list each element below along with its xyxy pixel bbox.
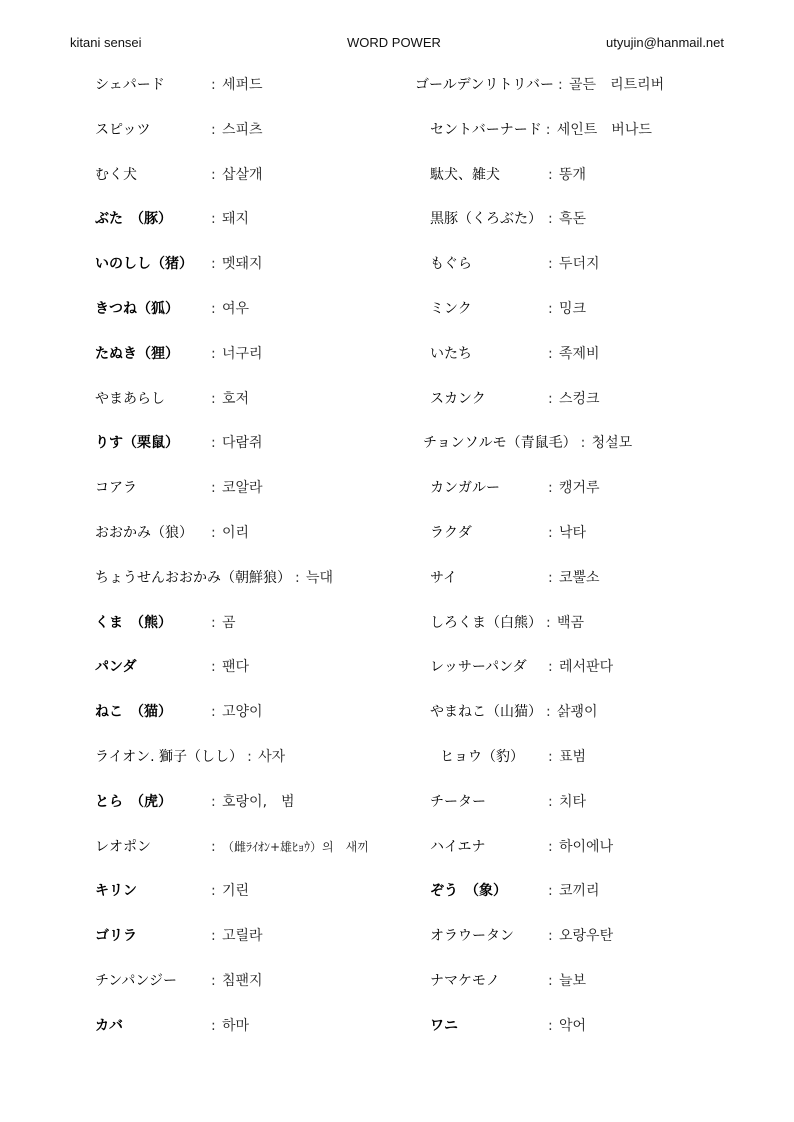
separator-colon: : xyxy=(548,343,553,365)
korean-meaning: 흑돈 xyxy=(559,208,586,230)
separator-colon: : xyxy=(548,253,553,275)
japanese-term: ぞう （象） xyxy=(430,880,507,902)
separator-colon: : xyxy=(211,522,216,544)
japanese-term: 駄犬、雑犬 xyxy=(430,164,500,186)
japanese-term: ゴールデンリトリバー xyxy=(415,74,554,96)
separator-colon: : xyxy=(548,1015,553,1037)
separator-colon: : xyxy=(211,432,216,454)
japanese-term: レオポン xyxy=(95,836,151,858)
japanese-term: セントバーナード xyxy=(430,119,542,141)
korean-meaning: 하마 xyxy=(222,1015,249,1037)
separator-colon: : xyxy=(548,970,553,992)
japanese-term: スピッツ xyxy=(95,119,150,141)
korean-meaning: 코뿔소 xyxy=(559,567,600,589)
korean-meaning: 낙타 xyxy=(559,522,586,544)
japanese-term: ライオン. 獅子（しし） xyxy=(95,746,243,768)
japanese-term: コアラ xyxy=(95,477,137,499)
separator-colon: : xyxy=(546,119,551,141)
japanese-term: ゴリラ xyxy=(95,925,137,947)
korean-meaning: 청설모 xyxy=(592,432,633,454)
separator-colon: : xyxy=(211,970,216,992)
separator-colon: : xyxy=(211,253,216,275)
separator-colon: : xyxy=(548,522,553,544)
separator-colon: : xyxy=(211,791,216,813)
japanese-term: チーター xyxy=(430,791,486,813)
separator-colon: : xyxy=(211,656,216,678)
separator-colon: : xyxy=(546,701,551,723)
email-label: utyujin@hanmail.net xyxy=(606,35,724,50)
japanese-term: オラウータン xyxy=(430,925,514,947)
japanese-term: たぬき（狸） xyxy=(95,343,179,365)
document-title: WORD POWER xyxy=(347,35,441,50)
japanese-term: ミンク xyxy=(430,298,472,320)
separator-colon: : xyxy=(548,477,553,499)
separator-colon: : xyxy=(581,432,586,454)
japanese-term: やまねこ（山猫） xyxy=(430,701,542,723)
japanese-term: いたち xyxy=(430,343,472,365)
separator-colon: : xyxy=(211,925,216,947)
japanese-term: むく犬 xyxy=(95,164,137,186)
korean-meaning: 여우 xyxy=(222,298,249,320)
japanese-term: もぐら xyxy=(430,253,472,275)
japanese-term: とら （虎） xyxy=(95,791,172,813)
separator-colon: : xyxy=(295,567,300,589)
separator-colon: : xyxy=(548,746,553,768)
separator-colon: : xyxy=(211,74,216,96)
korean-meaning: 치타 xyxy=(559,791,586,813)
korean-meaning: 늑대 xyxy=(306,567,333,589)
korean-meaning: 늘보 xyxy=(559,970,586,992)
korean-meaning: 하이에나 xyxy=(559,836,613,858)
separator-colon: : xyxy=(211,701,216,723)
korean-meaning: 코끼리 xyxy=(559,880,600,902)
korean-meaning: 세퍼드 xyxy=(222,74,263,96)
separator-colon: : xyxy=(548,880,553,902)
japanese-term: りす（栗鼠） xyxy=(95,432,179,454)
japanese-term: 黒豚（くろぶた） xyxy=(430,208,542,230)
korean-meaning: 너구리 xyxy=(222,343,263,365)
separator-colon: : xyxy=(548,656,553,678)
separator-colon: : xyxy=(548,298,553,320)
japanese-term: パンダ xyxy=(95,656,136,678)
korean-meaning: 고양이 xyxy=(222,701,263,723)
japanese-term: ワニ xyxy=(430,1015,458,1037)
japanese-term: くま （熊） xyxy=(95,612,172,634)
japanese-term: スカンク xyxy=(430,388,486,410)
japanese-term: きつね（狐） xyxy=(95,298,179,320)
korean-meaning: 레서판다 xyxy=(559,656,613,678)
japanese-term: カバ xyxy=(95,1015,123,1037)
korean-meaning: 스컹크 xyxy=(559,388,600,410)
separator-colon: : xyxy=(548,164,553,186)
japanese-term: レッサーパンダ xyxy=(430,656,527,678)
korean-meaning: 다람쥐 xyxy=(222,432,263,454)
korean-meaning: 호랑이, 범 xyxy=(222,791,295,813)
korean-meaning: 세인트 버나드 xyxy=(557,119,652,141)
japanese-term: ナマケモノ xyxy=(430,970,500,992)
korean-meaning: 팬다 xyxy=(222,656,249,678)
japanese-term: キリン xyxy=(95,880,137,902)
japanese-term: ラクダ xyxy=(430,522,472,544)
korean-meaning: 이리 xyxy=(222,522,249,544)
korean-meaning: 침팬지 xyxy=(222,970,263,992)
separator-colon: : xyxy=(548,925,553,947)
korean-meaning: 삽살개 xyxy=(222,164,263,186)
japanese-term: おおかみ（狼） xyxy=(95,522,193,544)
separator-colon: : xyxy=(211,208,216,230)
korean-meaning: 백곰 xyxy=(557,612,584,634)
separator-colon: : xyxy=(548,567,553,589)
separator-colon: : xyxy=(211,477,216,499)
separator-colon: : xyxy=(211,164,216,186)
japanese-term: ねこ （猫） xyxy=(95,701,172,723)
japanese-term: ハイエナ xyxy=(430,836,485,858)
japanese-term: シェパード xyxy=(95,74,165,96)
korean-meaning: 족제비 xyxy=(559,343,600,365)
japanese-term: チョンソルモ（青鼠毛） xyxy=(423,432,577,454)
separator-colon: : xyxy=(548,388,553,410)
separator-colon: : xyxy=(546,612,551,634)
separator-colon: : xyxy=(211,836,216,858)
korean-meaning: 두더지 xyxy=(559,253,600,275)
japanese-term: カンガルー xyxy=(430,477,500,499)
japanese-term: ちょうせんおおかみ（朝鮮狼） xyxy=(95,567,291,589)
japanese-term: チンパンジー xyxy=(95,970,177,992)
separator-colon: : xyxy=(558,74,563,96)
korean-meaning: 똥개 xyxy=(559,164,586,186)
korean-meaning: 호저 xyxy=(222,388,249,410)
korean-meaning: 사자 xyxy=(258,746,285,768)
japanese-term: ヒョウ（豹） xyxy=(440,746,524,768)
separator-colon: : xyxy=(211,298,216,320)
separator-colon: : xyxy=(247,746,252,768)
korean-meaning: 악어 xyxy=(559,1015,586,1037)
korean-meaning: 스피츠 xyxy=(222,119,263,141)
korean-meaning: 오랑우탄 xyxy=(559,925,613,947)
korean-meaning: 표범 xyxy=(559,746,586,768)
japanese-term: サイ xyxy=(430,567,457,589)
japanese-term: しろくま（白熊） xyxy=(430,612,542,634)
separator-colon: : xyxy=(548,791,553,813)
separator-colon: : xyxy=(211,612,216,634)
korean-meaning: 고릴라 xyxy=(222,925,263,947)
korean-meaning: 골든 리트리버 xyxy=(569,74,664,96)
separator-colon: : xyxy=(211,1015,216,1037)
korean-meaning: 삵괭이 xyxy=(557,701,598,723)
korean-meaning: 캥거루 xyxy=(559,477,600,499)
separator-colon: : xyxy=(211,880,216,902)
korean-meaning: 돼지 xyxy=(222,208,249,230)
separator-colon: : xyxy=(211,119,216,141)
japanese-term: いのしし（猪） xyxy=(95,253,193,275)
separator-colon: : xyxy=(211,343,216,365)
korean-meaning: 멧돼지 xyxy=(222,253,263,275)
korean-meaning: 기린 xyxy=(222,880,249,902)
japanese-term: やまあらし xyxy=(95,388,165,410)
japanese-term: ぶた （豚） xyxy=(95,208,172,230)
separator-colon: : xyxy=(211,388,216,410)
author-label: kitani sensei xyxy=(70,35,142,50)
separator-colon: : xyxy=(548,208,553,230)
korean-meaning: 코알라 xyxy=(222,477,263,499)
separator-colon: : xyxy=(548,836,553,858)
korean-meaning: 곰 xyxy=(222,612,236,634)
korean-meaning: 밍크 xyxy=(559,298,586,320)
korean-meaning: （雌ﾗｲｵﾝ+雄ﾋｮｳ）의 새끼 xyxy=(222,836,369,858)
